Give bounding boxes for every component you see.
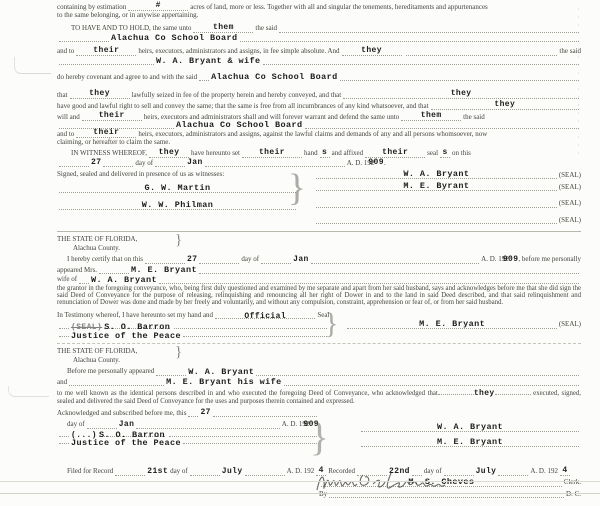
seized-line: that they lawfully seized in fee of the …	[57, 90, 581, 99]
dower-paragraph: the grantor in the foregoing conveyance,…	[57, 285, 581, 307]
bottom-rule	[0, 493, 600, 494]
typed-entry: their	[93, 129, 119, 137]
signature-blank: W. A. Bryant	[316, 170, 557, 179]
them-blank: them	[401, 112, 461, 121]
printed-label: day of	[135, 159, 153, 168]
section-divider-dashed	[57, 343, 581, 344]
dower-signature-column: M. E. Bryant (SEAL)	[329, 311, 581, 329]
their-blank: their	[365, 149, 425, 158]
acknowledged-column: } Acknowledged and subscribed before me,…	[57, 409, 319, 444]
dotted-blank	[136, 427, 279, 429]
printed-label: heirs, executors, administrators and ass…	[138, 130, 487, 139]
county-label: Alachua County.	[73, 356, 120, 365]
and-wife-line: and M. E. Bryant his wife	[57, 378, 581, 387]
year-typed: 909	[368, 159, 384, 167]
day-typed: 27	[187, 256, 197, 264]
dotted-blank	[245, 474, 285, 476]
signature-blank: M. E. Bryant	[361, 438, 579, 447]
grantor-signature: M. E. Byrant	[403, 182, 469, 190]
printed-label: seal	[427, 149, 438, 158]
unto-blank: them	[193, 24, 253, 33]
printed-label: day of	[170, 467, 188, 476]
state-line: THE STATE OF FLORIDA,	[57, 347, 581, 356]
acres-blank: #	[128, 2, 188, 11]
scan-artifact-mark	[14, 57, 51, 74]
appeared-name: W. A. Bryant	[188, 368, 254, 376]
ack-signature-column: W. A. Bryant M. E. Bryant	[319, 409, 581, 447]
dotted-blank	[59, 40, 109, 42]
filed-month-typed: July	[222, 468, 243, 476]
printed-label: and to	[57, 47, 74, 56]
printed-label: , before me personally	[518, 255, 581, 264]
dotted-blank	[87, 427, 117, 429]
typed-entry: s	[322, 149, 327, 157]
grantee-line-1: Alachua Co School Board	[57, 34, 581, 42]
filed-day-typed: 21st	[147, 468, 168, 476]
printed-year-prefix: A. D. 192	[287, 467, 315, 476]
typed-entry: #	[156, 2, 161, 10]
dotted-blank	[115, 474, 145, 476]
state-header-2: } THE STATE OF FLORIDA, Alachua County.	[57, 347, 581, 364]
seal-label: (SEAL)	[559, 320, 581, 329]
seal-line-4: (SEAL)	[314, 216, 581, 225]
scan-artifact-mark	[8, 386, 49, 397]
dotted-blank	[406, 54, 558, 56]
appeared-name: M. E. Bryant	[131, 266, 197, 274]
typed-entry: their	[382, 149, 408, 157]
grantee-name: Alachua Co School Board	[111, 34, 238, 42]
known-paragraph: to me well known as the identical person…	[57, 388, 581, 405]
printed-label: have hereunto set	[191, 149, 240, 158]
witness-signature-block: } Signed, sealed and delivered in presen…	[57, 170, 581, 224]
dotted-blank	[256, 374, 579, 376]
printed-label: heirs, executors, administrators and ass…	[138, 47, 339, 56]
dotted-blank	[311, 262, 479, 264]
month-typed: Jan	[293, 256, 309, 264]
typed-entry: s	[442, 149, 447, 157]
dotted-blank	[99, 272, 129, 274]
signature-blank: W. A. Bryant	[361, 423, 579, 432]
recorded-month-typed: July	[476, 468, 497, 476]
dotted-blank	[59, 435, 69, 437]
testimony-column: } In Testimony whereof, I have hereunto …	[57, 311, 329, 338]
jp-name-line: (SEAL) S. O. Barron	[57, 323, 329, 329]
grantor-names: W. A. Bryant & wife	[156, 57, 261, 65]
printed-label: lawfully seized in fee of the property h…	[132, 91, 342, 100]
claiming-line: claiming, or hereafter to claim the same…	[57, 138, 581, 147]
printed-label: the said	[463, 113, 485, 122]
dotted-blank	[240, 40, 579, 42]
dotted-blank	[59, 63, 154, 65]
testimony-line: In Testimony whereof, I have hereunto se…	[57, 311, 329, 320]
dotted-blank	[340, 79, 579, 81]
dotted-blank	[261, 262, 291, 264]
jp-name-line-2: (...) S. O. Barron	[57, 431, 319, 437]
justice-title: Justice of the Peace	[71, 439, 181, 447]
printed-label: acres of land, more or less. Together wi…	[190, 3, 488, 12]
state-header: } THE STATE OF FLORIDA, Alachua County.	[57, 235, 581, 252]
jp-name-blank: S. O. Barron	[99, 431, 165, 437]
dotted-blank	[199, 79, 209, 81]
typed-entry: Official	[244, 313, 286, 321]
typed-entry: their	[93, 47, 119, 55]
grantor-signature: W. A. Bryant	[437, 423, 503, 431]
printed-label: hand	[304, 149, 318, 158]
dotted-blank	[59, 327, 69, 329]
dotted-blank	[329, 496, 564, 498]
ack-sig-line-2: M. E. Bryant	[359, 438, 581, 447]
grantee-name: Alachua Co School Board	[211, 73, 338, 81]
certify-line: I hereby certify that on this 27 day of …	[57, 255, 581, 264]
they-blank: they	[149, 149, 189, 158]
grantor-signature: W. A. Bryant	[403, 170, 469, 178]
dotted-blank	[190, 474, 220, 476]
containing-line: containing by estimation # acres of land…	[57, 2, 581, 11]
dotted-blank	[205, 165, 345, 167]
dotted-blank	[498, 474, 528, 476]
covenant-line: do hereby covenant and agree to and with…	[57, 73, 581, 82]
dotted-blank	[59, 442, 69, 444]
dotted-blank	[495, 388, 531, 395]
jp-title-line-2: Justice of the Peace	[57, 439, 319, 444]
dotted-blank	[284, 384, 579, 386]
s-blank: s	[440, 149, 450, 158]
witnesses-label: Signed, sealed and delivered in presence…	[57, 170, 224, 179]
grantor-signature: M. E. Bryant	[437, 438, 503, 446]
acknowledged-block: } Acknowledged and subscribed before me,…	[57, 409, 581, 447]
s-blank: s	[320, 149, 330, 158]
witness-line-blank: G. W. Martin	[59, 184, 296, 193]
printed-label: on this	[452, 149, 471, 158]
ack-date-line: day of Jan A. D. 192 909	[57, 420, 319, 429]
printed-label: containing by estimation	[57, 3, 126, 12]
seal-line-1: W. A. Bryant (SEAL)	[314, 170, 581, 179]
grantee-line-3: Alachua Co School Board	[57, 121, 581, 129]
printed-label: that	[57, 91, 68, 100]
printed-label: the said	[255, 24, 277, 33]
dotted-blank	[59, 335, 69, 337]
dotted-blank	[69, 384, 164, 386]
date-line: 27 day of Jan A. D. 192 909 .	[57, 159, 581, 168]
justice-title: Justice of the Peace	[71, 332, 181, 340]
signature-blank: M. E. Byrant	[316, 182, 557, 191]
day-typed: 27	[91, 159, 101, 167]
seal-label: (SEAL)	[559, 171, 581, 180]
dotted-blank	[103, 165, 133, 167]
seal-paren-typed: (SEAL)	[71, 324, 102, 332]
before-appeared-line: Before me personally appeared W. A. Brya…	[57, 367, 581, 376]
grantor-line: W. A. Bryant & wife	[57, 57, 581, 65]
witnesses-column: } Signed, sealed and delivered in presen…	[57, 170, 298, 210]
dotted-blank	[263, 63, 579, 65]
witness-line-blank: W. W. Philman	[59, 201, 296, 210]
seal-line-2: M. E. Byrant (SEAL)	[314, 182, 581, 191]
dotted-blank	[79, 282, 89, 284]
printed-label: day of	[241, 255, 259, 264]
seal-label: (SEAL)	[559, 183, 581, 192]
day-typed: 27	[200, 409, 210, 417]
printed-label: to me well known as the identical person…	[57, 390, 438, 397]
dotted-blank	[59, 165, 89, 167]
printed-label: to the same belonging, or in anywise app…	[57, 11, 198, 20]
month-typed: Jan	[119, 421, 135, 429]
they-blank: they	[342, 47, 402, 56]
printed-label: IN WITNESS WHEREOF,	[71, 149, 147, 158]
clerk-label: Clerk.	[564, 478, 581, 487]
signature-blank: M. E. Bryant	[347, 320, 556, 329]
scanned-deed-page: containing by estimation # acres of land…	[0, 0, 600, 506]
typed-entry: their	[99, 112, 125, 120]
to-have-line: TO HAVE AND TO HOLD, the same unto them …	[57, 24, 581, 33]
printed-label: Filed for Record	[67, 467, 113, 476]
state-label: THE STATE OF FLORIDA,	[57, 347, 137, 356]
against-claims-line: and to their heirs, executors, administr…	[57, 129, 581, 138]
seal-label: (SEAL)	[559, 199, 581, 208]
dower-seal-line: M. E. Bryant (SEAL)	[345, 320, 581, 329]
printed-label: day of	[67, 420, 85, 429]
month-typed: Jan	[187, 159, 203, 167]
witness-2-line: W. W. Philman	[57, 201, 298, 210]
their-blank: their	[76, 129, 136, 138]
dotted-blank	[145, 262, 185, 264]
belonging-line: to the same belonging, or in anywise app…	[57, 11, 581, 20]
printed-label: Before me personally appeared	[67, 367, 154, 376]
grantor-signature: M. E. Bryant	[419, 320, 485, 328]
printed-label: claiming, or hereafter to claim the same…	[57, 138, 170, 147]
seal-label: (SEAL)	[559, 216, 581, 225]
county-line: Alachua County.	[57, 244, 581, 253]
year-typed: 909	[503, 256, 519, 264]
and-to-line: and to their heirs, executors, administr…	[57, 47, 581, 56]
witness-name: G. W. Martin	[145, 184, 211, 192]
dotted-blank	[156, 374, 186, 376]
printed-label: I hereby certify that on this	[67, 255, 143, 264]
appeared-name: M. E. Bryant his wife	[166, 378, 282, 386]
printed-label: and	[57, 378, 67, 387]
testimony-block: } In Testimony whereof, I have hereunto …	[57, 311, 581, 338]
dotted-blank	[213, 415, 317, 417]
county-line: Alachua County.	[57, 356, 581, 365]
dotted-blank	[279, 31, 579, 33]
warrant-line: will and their heirs, executors and admi…	[57, 112, 581, 121]
printed-label: wife of	[57, 275, 77, 284]
typed-entry: they	[361, 47, 382, 55]
bottom-rule	[0, 481, 600, 482]
wife-of-line: wife of W. A. Bryant	[57, 275, 581, 284]
typed-entry: they	[494, 101, 515, 109]
witness-name: W. W. Philman	[142, 201, 214, 209]
typed-entry: they	[89, 90, 110, 98]
printed-label: and affixed	[332, 149, 364, 158]
year-typed: 4	[562, 467, 567, 475]
dotted-blank	[174, 327, 327, 329]
husband-name: W. A. Bryant	[91, 276, 157, 284]
typed-entry: their	[259, 149, 285, 157]
state-label: THE STATE OF FLORIDA,	[57, 235, 137, 244]
dotted-blank	[169, 435, 317, 437]
jp-name-blank: S. O. Barron	[104, 323, 170, 329]
in-witness-line: IN WITNESS WHEREOF, they have hereunto s…	[57, 149, 581, 158]
ack-sig-line-1: W. A. Bryant	[359, 423, 581, 432]
dotted-blank	[199, 262, 239, 264]
state-line: THE STATE OF FLORIDA,	[57, 235, 581, 244]
printed-label: and to	[57, 130, 74, 139]
dotted-blank	[199, 272, 579, 274]
printed-label: have good and lawful right to sell and c…	[57, 102, 429, 111]
printed-label: do hereby covenant and agree to and with…	[57, 73, 197, 82]
their-blank: their	[242, 149, 302, 158]
grantee-name: Alachua Co School Board	[176, 121, 303, 129]
printed-label: will and	[57, 113, 80, 122]
printed-label: TO HAVE AND TO HOLD, the same unto	[71, 24, 191, 33]
dotted-blank	[155, 165, 185, 167]
jp-title-line: Justice of the Peace	[57, 332, 329, 337]
signatures-column: W. A. Bryant (SEAL) M. E. Byrant (SEAL) …	[298, 170, 581, 224]
printed-year-prefix: A. D. 192	[530, 467, 558, 476]
appeared-line: appeared Mrs. M. E. Bryant	[57, 266, 581, 275]
heirs-blank: their	[76, 47, 136, 56]
deed-body: containing by estimation # acres of land…	[57, 2, 581, 498]
clerk-line: M. S. Cheves Clerk.	[319, 478, 581, 487]
official-blank: Official	[215, 313, 315, 319]
ack-line: Acknowledged and subscribed before me, t…	[57, 409, 319, 418]
printed-label: .	[384, 159, 386, 168]
printed-label: In Testimony whereof, I have hereunto se…	[57, 311, 213, 320]
dotted-blank	[438, 388, 474, 395]
typed-entry: them	[421, 112, 442, 120]
signature-blank	[316, 206, 557, 208]
good-right-line: have good and lawful right to sell and c…	[57, 101, 581, 110]
printed-label: appeared Mrs.	[57, 266, 97, 275]
their-blank: their	[82, 112, 142, 121]
printed-label: Seal	[317, 311, 329, 320]
witnesses-label-line: Signed, sealed and delivered in presence…	[57, 170, 298, 179]
typed-entry: they	[451, 90, 472, 98]
printed-label: Acknowledged and subscribed before me, t…	[57, 409, 186, 418]
typed-entry: they	[159, 149, 180, 157]
year-typed: 909	[303, 421, 319, 429]
signature-blank	[316, 222, 557, 224]
seal-line-3: (SEAL)	[314, 199, 581, 208]
printed-label: the said	[559, 47, 581, 56]
typed-entry: they	[474, 389, 495, 398]
justice-name: S. O. Barron	[104, 323, 170, 331]
year-blank: 4	[560, 467, 570, 476]
they-blank: they	[343, 90, 579, 99]
section-divider	[57, 231, 581, 232]
dotted-blank	[183, 335, 327, 337]
dotted-blank	[188, 415, 198, 417]
dotted-blank	[183, 442, 317, 444]
typed-entry: them	[213, 24, 234, 32]
county-label: Alachua County.	[73, 244, 120, 253]
they-blank: they	[70, 90, 130, 99]
they-blank: they	[431, 101, 579, 110]
dotted-blank	[159, 282, 579, 284]
witness-1-line: G. W. Martin	[57, 184, 298, 193]
